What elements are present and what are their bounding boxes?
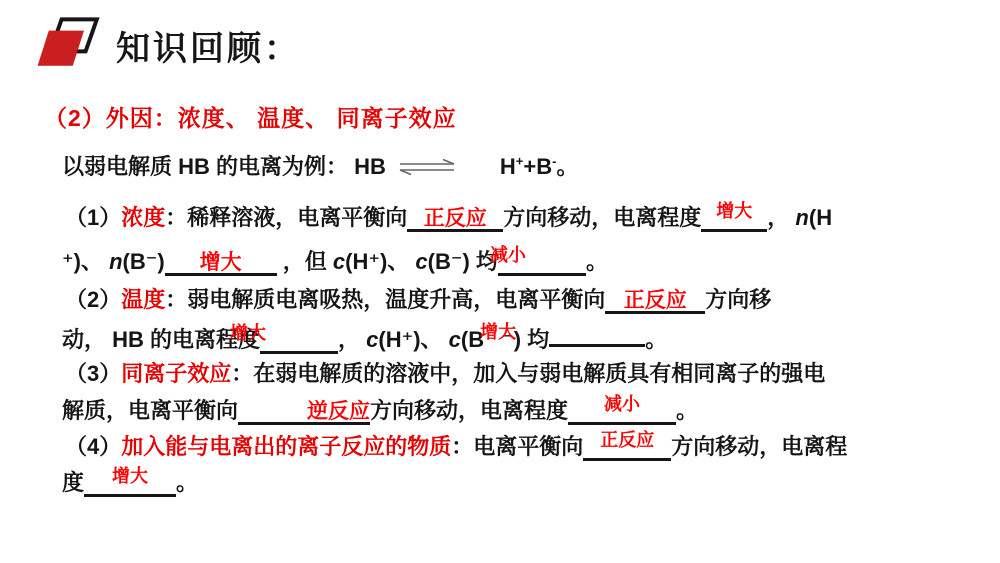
- text-segment: 。: [645, 327, 667, 352]
- blank-answer: 正反应: [624, 290, 687, 311]
- text-segment: 方向移: [705, 287, 771, 312]
- text-segment: ：稀释溶液，电离平衡向: [165, 205, 407, 230]
- text-segment: 。: [176, 470, 198, 495]
- blank-answer: 增大: [200, 252, 242, 273]
- item-4-line-1: （4）加入能与电离出的离子反应的物质：电离平衡向正反应方向移动，电离程: [65, 432, 847, 462]
- blank-answer: 减小: [490, 246, 526, 264]
- page-title: 知识回顾：: [116, 21, 301, 70]
- text-segment: ：电离平衡向: [451, 434, 583, 459]
- item-2-line-1: （2）温度：弱电解质电离吸热，温度升高，电离平衡向正反应方向移: [65, 285, 771, 315]
- fill-blank: [549, 322, 645, 347]
- item-3-line-1: （3）同离子效应：在弱电解质的溶液中，加入与弱电解质具有相同离子的强电: [65, 359, 825, 389]
- fill-blank: 增大: [701, 207, 767, 232]
- blank-answer: 正反应: [600, 431, 654, 449]
- fill-blank: 逆反应: [238, 400, 370, 425]
- item-3-line-2: 解质，电离平衡向逆反应方向移动，电离程度减小。: [62, 396, 698, 426]
- fill-blank: 减小: [498, 251, 586, 276]
- text-segment: 。: [586, 249, 608, 274]
- text-segment: (H⁺)、: [378, 327, 448, 352]
- italic-symbol: c: [415, 249, 427, 274]
- blank-answer: 增大: [716, 202, 752, 220]
- text-segment: 方向移动，电离程度: [503, 205, 701, 230]
- text-segment: ，但: [277, 249, 333, 274]
- text-segment: 。: [676, 398, 698, 423]
- text-segment: 以弱电解质 HB 的电离为例： HB: [62, 154, 386, 179]
- item-label: 加入能与电离出的离子反应的物质: [121, 434, 451, 459]
- fill-blank: 减小: [568, 400, 676, 425]
- item-1-line-1: （1）浓度：稀释溶液，电离平衡向正反应方向移动，电离程度增大， n(H: [65, 203, 832, 233]
- equilibrium-arrow-icon: [398, 158, 456, 176]
- item-4-line-2: 度增大。: [62, 468, 198, 498]
- text-segment: ：在弱电解质的溶液中，加入与弱电解质具有相同离子的强电: [231, 361, 825, 386]
- italic-symbol: c: [366, 327, 378, 352]
- italic-symbol: n: [795, 205, 808, 230]
- blank-answer: 逆反应: [307, 401, 370, 422]
- section-subtitle: （2）外因：浓度、 温度、 同离子效应: [44, 100, 457, 133]
- item-number: （4）: [65, 434, 121, 459]
- text-segment: ，: [338, 327, 366, 352]
- text-segment: H: [500, 154, 516, 179]
- item-1-line-2: ⁺)、 n(B⁻)增大 ，但 c(H⁺)、 c(B⁻) 均减小。: [62, 247, 608, 277]
- blank-answer: 正反应: [424, 208, 487, 229]
- ionization-products: H++B-。: [500, 154, 579, 179]
- text-segment: 度: [62, 470, 84, 495]
- item-number: （3）: [65, 361, 121, 386]
- text-segment: 解质，电离平衡向: [62, 398, 238, 423]
- fill-blank: 增大: [260, 329, 338, 354]
- text-segment: 方向移动，电离程度: [370, 398, 568, 423]
- fill-blank: 增大: [84, 472, 176, 497]
- parallelogram-icon: [36, 16, 100, 74]
- example-line: 以弱电解质 HB 的电离为例： HB H++B-。: [62, 150, 578, 181]
- fill-blank: 正反应: [605, 289, 705, 314]
- slide: 知识回顾： （2）外因：浓度、 温度、 同离子效应 以弱电解质 HB 的电离为例…: [0, 0, 1000, 563]
- blank-answer: 减小: [604, 395, 640, 413]
- text-segment: (B⁻) 均: [428, 249, 498, 274]
- item-label: 温度: [121, 287, 165, 312]
- text-segment: (H⁺)、: [345, 249, 415, 274]
- blank-answer: 增大: [230, 324, 266, 342]
- fill-blank: 增大: [165, 251, 277, 276]
- fill-blank: 正反应: [407, 207, 503, 232]
- text-segment: 。: [556, 154, 578, 179]
- fill-blank: 正反应: [583, 436, 671, 461]
- item-number: （1）: [65, 205, 121, 230]
- italic-symbol: n: [109, 249, 122, 274]
- item-label: 同离子效应: [121, 361, 231, 386]
- text-segment: ：弱电解质电离吸热，温度升高，电离平衡向: [165, 287, 605, 312]
- text-segment: +B: [523, 154, 552, 179]
- blank-answer: 增大: [112, 467, 148, 485]
- blank-answer: 增大: [480, 322, 516, 342]
- title-bar: 知识回顾：: [36, 16, 301, 74]
- italic-symbol: c: [449, 327, 461, 352]
- text-segment: (B⁻): [123, 249, 165, 274]
- item-label: 浓度: [121, 205, 165, 230]
- text-segment: ⁺)、: [62, 249, 109, 274]
- text-segment: 方向移动，电离程: [671, 434, 847, 459]
- item-2-line-2: 动， HB 的电离程度增大， c(H⁺)、 c(B增大⁻) 均。: [62, 322, 667, 356]
- text-segment: (H: [809, 205, 832, 230]
- text-segment: ，: [767, 205, 795, 230]
- italic-symbol: c: [333, 249, 345, 274]
- item-number: （2）: [65, 287, 121, 312]
